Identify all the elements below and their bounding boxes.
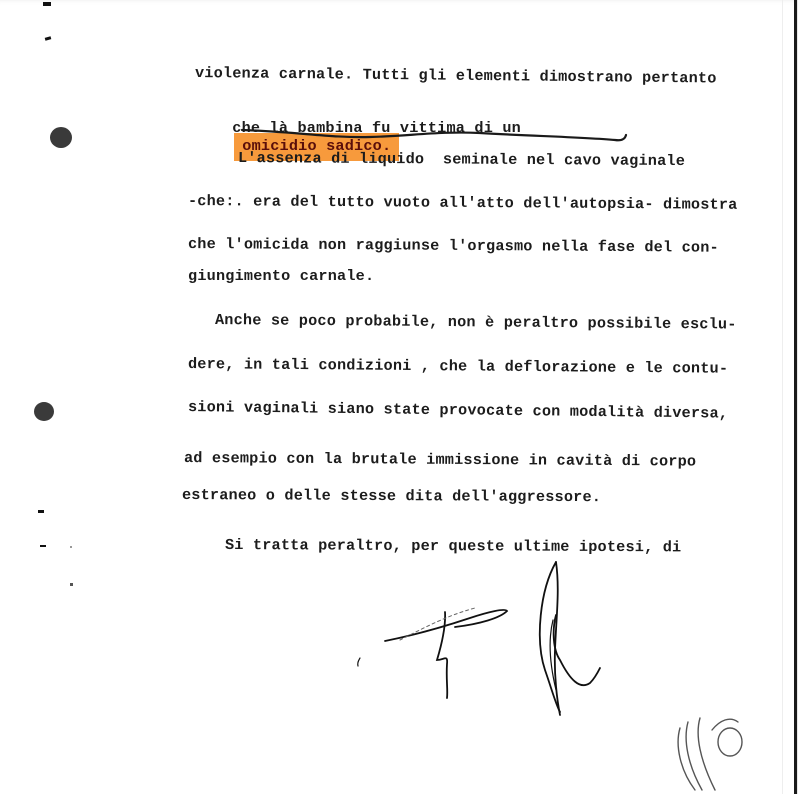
page-edge-line [782,0,783,794]
text-line: ad esempio con la brutale immissione in … [184,449,696,471]
margin-mark-3 [38,510,44,513]
text-line: L'assenza di liquido seminale nel cavo v… [238,149,685,170]
text-line: estraneo o delle stesse dita dell'aggres… [182,486,601,506]
margin-mark-4 [40,545,46,547]
window-right-border [794,0,797,794]
binder-hole-bottom [34,402,54,421]
speck-1 [70,546,72,548]
text-line: Anche se poco probabile, non è peraltro … [215,311,737,334]
margin-mark-2 [45,36,52,40]
signature-middle [540,562,600,715]
text-line: giungimento carnale. [188,267,374,285]
speck-2 [70,583,73,586]
text-line: Si tratta peraltro, per queste ultime ip… [225,536,681,556]
text-line: che l'omicida non raggiunse l'orgasmo ne… [188,235,719,257]
initials-bottom-right [678,718,742,790]
text-line: violenza carnale. Tutti gli elementi dim… [195,64,717,87]
text-line: sioni vaginali siano state provocate con… [188,398,728,423]
signature-left [358,608,507,698]
document-page: violenza carnale. Tutti gli elementi dim… [0,0,798,794]
margin-mark-top [43,2,51,6]
text-line: -che:. era del tutto vuoto all'atto dell… [188,192,738,214]
binder-hole-top [50,127,72,148]
text-line: dere, in tali condizioni , che la deflor… [188,355,728,378]
